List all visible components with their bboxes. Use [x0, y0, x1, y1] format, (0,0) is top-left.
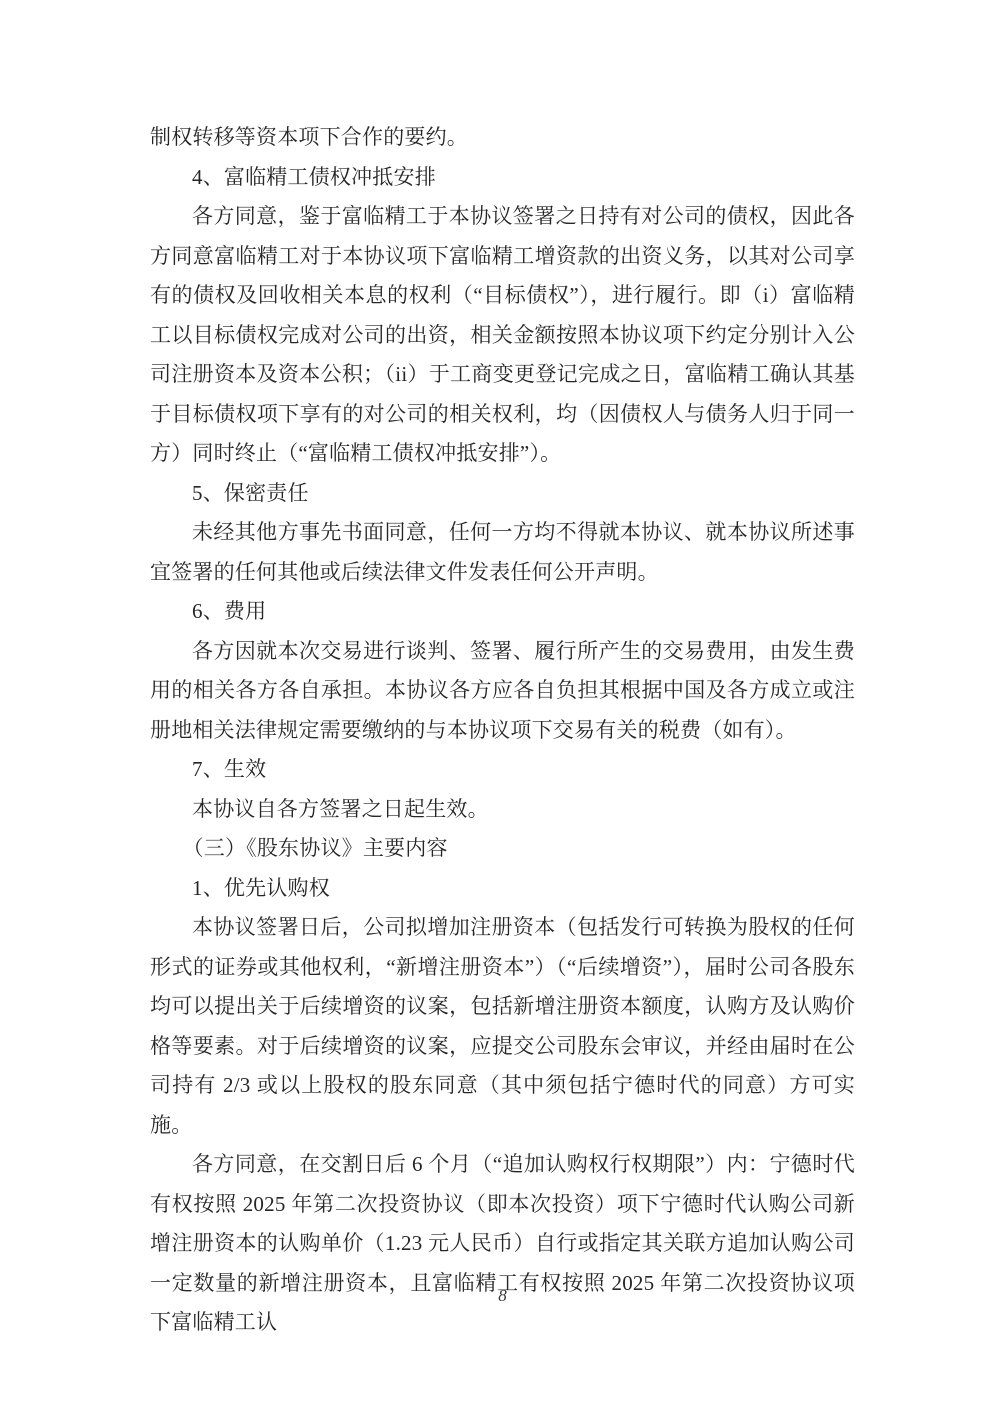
paragraph-debt-offset-arrangement: 各方同意，鉴于富临精工于本协议签署之日持有对公司的债权，因此各方同意富临精工对于… — [150, 197, 855, 474]
paragraph-preemptive-subscription-right: 本协议签署日后，公司拟增加注册资本（包括发行可转换为股权的任何形式的证券或其他权… — [150, 908, 855, 1145]
paragraph-effectiveness: 本协议自各方签署之日起生效。 — [150, 790, 855, 830]
heading-expenses: 6、费用 — [150, 592, 855, 632]
paragraph-additional-subscription-right: 各方同意，在交割日后 6 个月（“追加认购权行权期限”）内：宁德时代有权按照 2… — [150, 1145, 855, 1343]
paragraph-confidentiality: 未经其他方事先书面同意，任何一方均不得就本协议、就本协议所述事宜签署的任何其他或… — [150, 513, 855, 592]
heading-shareholders-agreement-main-content: （三）《股东协议》主要内容 — [150, 829, 855, 869]
document-body: 制权转移等资本项下合作的要约。 4、富临精工债权冲抵安排 各方同意，鉴于富临精工… — [150, 118, 855, 1343]
document-page: 制权转移等资本项下合作的要约。 4、富临精工债权冲抵安排 各方同意，鉴于富临精工… — [0, 0, 1000, 1414]
paragraph-expenses: 各方因就本次交易进行谈判、签署、履行所产生的交易费用，由发生费用的相关各方各自承… — [150, 632, 855, 751]
heading-preemptive-subscription-right: 1、优先认购权 — [150, 869, 855, 909]
paragraph-continuation-offer: 制权转移等资本项下合作的要约。 — [150, 118, 855, 158]
heading-effectiveness: 7、生效 — [150, 750, 855, 790]
heading-confidentiality: 5、保密责任 — [150, 474, 855, 514]
page-number: 8 — [150, 1286, 855, 1306]
heading-debt-offset-arrangement: 4、富临精工债权冲抵安排 — [150, 158, 855, 198]
